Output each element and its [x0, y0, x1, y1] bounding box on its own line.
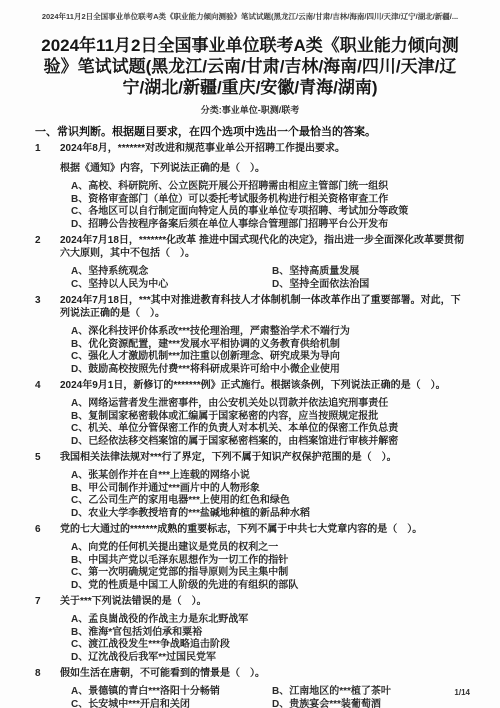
question-row: 22024年7月18日，*******化改革 推进中国式现代化的决定》，指出进一…	[35, 234, 465, 291]
question-stem: 2024年8月，*******对改进和规范事业单公开招聘工作提出要求。	[60, 142, 465, 155]
page-title: 2024年11月2日全国事业单位联考A类《职业能力倾向测验》笔试试题(黑龙江/云…	[34, 35, 466, 98]
question-row: 32024年7月18日，***其中对推进教育科技人才体制机制一体改革作出了重要部…	[35, 294, 465, 376]
question-number: 7	[35, 595, 60, 664]
category-line: 分类:事业单位-职测/联考	[0, 103, 500, 116]
question-stem: 我国相关法律法规对***行了界定，下列不属于知识产权保护范围的是（ ）。	[60, 451, 465, 464]
exam-document-page: 2024年11月2日全国事业单位联考A类《职业能力倾向测验》笔试试题(黑龙江/云…	[0, 0, 500, 708]
question-body: 2024年8月，*******对改进和规范事业单公开招聘工作提出要求。根据《通知…	[60, 142, 465, 231]
option: A、孟良崮战役的作战主力是东北野战军	[71, 614, 465, 627]
option: A、深化科技评价体系改***技伦理治理，严肃整治学术不端行为	[71, 326, 465, 339]
question-stem: 党的七大通过的*******成熟的重要标志，下列不属于中共七大党章内容的是（ ）…	[60, 523, 465, 536]
question-stem: 假如生活在唐朝，不可能看到的情景是（ ）。	[60, 667, 465, 680]
question-options: A、向党的任何机关提出建议是党员的权利之一B、中国共产党以毛泽东思想作为一切工作…	[60, 542, 465, 592]
option: A、网络运营者发生泄密事件，由公安机关处以罚款并依法追究刑事责任	[71, 398, 465, 411]
question-stem: 2024年7月18日，***其中对推进教育科技人才体制机制一体改革作出了重要部署…	[60, 294, 465, 320]
option: B、中国共产党以毛泽东思想作为一切工作的指针	[71, 555, 465, 568]
question-number: 2	[35, 234, 60, 291]
option: A、向党的任何机关提出建议是党员的权利之一	[71, 542, 465, 555]
option: D、贵族宴会***装葡萄酒	[272, 699, 465, 708]
question-number: 5	[35, 451, 60, 520]
option: A、张某创作并在自***上连载的网络小说	[71, 470, 465, 483]
option: B、淮海*官包括刘伯承和粟裕	[71, 627, 465, 640]
question-body: 党的七大通过的*******成熟的重要标志，下列不属于中共七大党章内容的是（ ）…	[60, 523, 465, 592]
option: A、坚持系统观念	[71, 266, 264, 279]
question-body: 2024年7月18日，*******化改革 推进中国式现代化的决定》，指出进一步…	[60, 234, 465, 291]
question-options: A、网络运营者发生泄密事件，由公安机关处以罚款并依法追究刑事责任B、复制国家秘密…	[60, 398, 465, 448]
option: D、已经依法移交档案馆的属于国家秘密档案的，由档案馆进行审核并解密	[71, 436, 465, 449]
question-row: 8假如生活在唐朝，不可能看到的情景是（ ）。A、景德镇的青白***洛阳十分畅销B…	[35, 667, 465, 708]
question-options: A、孟良崮战役的作战主力是东北野战军B、淮海*官包括刘伯承和粟裕C、渡江战役发生…	[60, 614, 465, 664]
question-stem: 2024年9月1日，新修订的*******例》正式施行。根据该条例，下列说法正确…	[60, 379, 465, 392]
page-number: 1/14	[454, 688, 470, 697]
section-heading: 一、常识判断。根据题目要求，在四个选项中选出一个最恰当的答案。	[35, 126, 465, 139]
option: B、复制国家秘密载体或汇编属于国家秘密的内容，应当按照规定报批	[71, 411, 465, 424]
question-stem: 2024年7月18日，*******化改革 推进中国式现代化的决定》，指出进一步…	[60, 234, 465, 260]
option: B、优化资源配置，建***发展水平相协调的义务教育供给机制	[71, 339, 465, 352]
option: C、各地区可以自行制定面向特定人员的事业单位专项招聘、考试加分等政策	[71, 206, 465, 219]
question-options: A、深化科技评价体系改***技伦理治理，严肃整治学术不端行为B、优化资源配置，建…	[60, 326, 465, 376]
option: B、江南地区的***植了茶叶	[272, 686, 465, 699]
option: C、强化人才激励机制***加注重以创新理念、研究成果为导向	[71, 351, 465, 364]
question-list: 12024年8月，*******对改进和规范事业单公开招聘工作提出要求。根据《通…	[35, 142, 465, 708]
option: D、鼓励高校按照先付费***将科研成果许可给中小微企业使用	[71, 364, 465, 377]
question-body: 我国相关法律法规对***行了界定，下列不属于知识产权保护范围的是（ ）。A、张某…	[60, 451, 465, 520]
option: B、甲公司制作并通过***画片中的人物形象	[71, 483, 465, 496]
option: C、第一次明确规定党部的指导原则为民主集中制	[71, 567, 465, 580]
option: B、坚持高质量发展	[272, 266, 465, 279]
document-running-header: 2024年11月2日全国事业单位联考A类《职业能力倾向测验》笔试试题(黑龙江/云…	[0, 11, 500, 22]
question-body: 2024年9月1日，新修订的*******例》正式施行。根据该条例，下列说法正确…	[60, 379, 465, 448]
option: D、农业大学李教授培育的***盐碱地种植的新品种水稻	[71, 508, 465, 521]
option: C、机关、单位分管保密工作的负责人对本机关、本单位的保密工作负总责	[71, 423, 465, 436]
question-stem: 根据《通知》内容，下列说法正确的是（ ）。	[60, 162, 465, 175]
option: D、党的性质是中国工人阶级的先进的有组织的部队	[71, 580, 465, 593]
question-body: 关于***下列说法错误的是（ ）。A、孟良崮战役的作战主力是东北野战军B、淮海*…	[60, 595, 465, 664]
option: B、资格审查部门（单位）可以委托考试服务机构进行相关资格审查工作	[71, 194, 465, 207]
question-options: A、高校、科研院所、公立医院开展公开招聘需由相应主管部门统一组织B、资格审查部门…	[60, 181, 465, 231]
question-number: 1	[35, 142, 60, 231]
option: A、景德镇的青白***洛阳十分畅销	[71, 686, 264, 699]
question-body: 假如生活在唐朝，不可能看到的情景是（ ）。A、景德镇的青白***洛阳十分畅销B、…	[60, 667, 465, 708]
question-row: 6党的七大通过的*******成熟的重要标志，下列不属于中共七大党章内容的是（ …	[35, 523, 465, 592]
option: D、辽沈战役后我军**过国民党军	[71, 652, 465, 665]
question-options: A、坚持系统观念B、坚持高质量发展C、坚持以人民为中心D、坚持全面依法治国	[60, 266, 465, 291]
option: C、渡江战役发生***争战略追击阶段	[71, 639, 465, 652]
question-number: 3	[35, 294, 60, 376]
question-row: 5我国相关法律法规对***行了界定，下列不属于知识产权保护范围的是（ ）。A、张…	[35, 451, 465, 520]
option: C、乙公司生产的家用电器***上使用的红色和绿色	[71, 495, 465, 508]
option: C、坚持以人民为中心	[71, 279, 264, 292]
question-stem: 关于***下列说法错误的是（ ）。	[60, 595, 465, 608]
question-number: 6	[35, 523, 60, 592]
question-options: A、张某创作并在自***上连载的网络小说B、甲公司制作并通过***画片中的人物形…	[60, 470, 465, 520]
option: C、长安城中***开启和关闭	[71, 699, 264, 708]
question-row: 42024年9月1日，新修订的*******例》正式施行。根据该条例，下列说法正…	[35, 379, 465, 448]
question-number: 4	[35, 379, 60, 448]
question-row: 12024年8月，*******对改进和规范事业单公开招聘工作提出要求。根据《通…	[35, 142, 465, 231]
option: A、高校、科研院所、公立医院开展公开招聘需由相应主管部门统一组织	[71, 181, 465, 194]
option: D、招聘公告按程序备案后须在单位人事综合管理部门招聘平台公开发布	[71, 219, 465, 232]
option: D、坚持全面依法治国	[272, 279, 465, 292]
question-body: 2024年7月18日，***其中对推进教育科技人才体制机制一体改革作出了重要部署…	[60, 294, 465, 376]
question-row: 7关于***下列说法错误的是（ ）。A、孟良崮战役的作战主力是东北野战军B、淮海…	[35, 595, 465, 664]
question-number: 8	[35, 667, 60, 708]
question-options: A、景德镇的青白***洛阳十分畅销B、江南地区的***植了茶叶C、长安城中***…	[60, 686, 465, 708]
